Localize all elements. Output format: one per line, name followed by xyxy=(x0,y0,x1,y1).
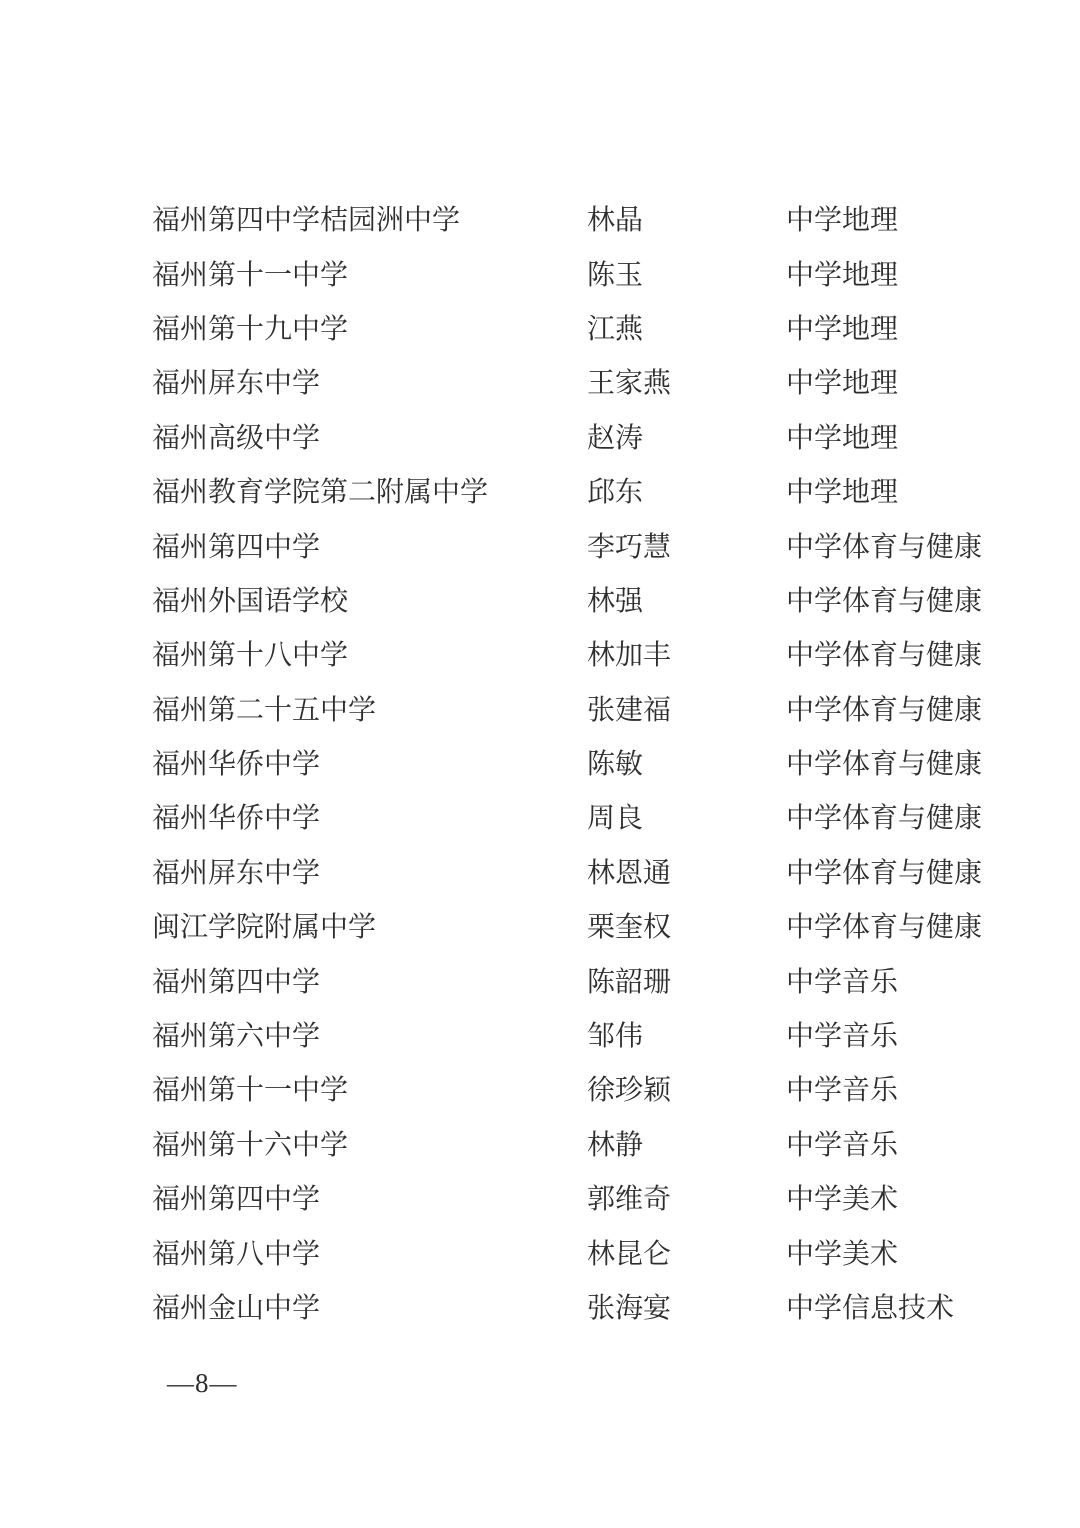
subject-cell: 中学体育与健康 xyxy=(786,851,1040,891)
teacher-name-cell: 林强 xyxy=(587,579,786,619)
teacher-name-cell: 林静 xyxy=(587,1123,786,1163)
table-row: 福州屏东中学 王家燕 中学地理 xyxy=(152,354,1040,408)
teacher-name-cell: 周良 xyxy=(587,796,786,836)
subject-cell: 中学地理 xyxy=(786,198,1040,238)
school-name-cell: 福州第十一中学 xyxy=(152,253,587,293)
subject-cell: 中学体育与健康 xyxy=(786,688,1040,728)
table-row: 福州第四中学 郭维奇 中学美术 xyxy=(152,1170,1040,1224)
school-name-cell: 福州第六中学 xyxy=(152,1014,587,1054)
subject-cell: 中学地理 xyxy=(786,416,1040,456)
table-row: 福州教育学院第二附属中学 邱东 中学地理 xyxy=(152,463,1040,517)
subject-cell: 中学地理 xyxy=(786,307,1040,347)
subject-cell: 中学音乐 xyxy=(786,1123,1040,1163)
school-name-cell: 福州金山中学 xyxy=(152,1286,587,1326)
table-row: 福州华侨中学 陈敏 中学体育与健康 xyxy=(152,735,1040,789)
teacher-name-cell: 王家燕 xyxy=(587,361,786,401)
school-name-cell: 福州第四中学 xyxy=(152,525,587,565)
teacher-name-cell: 林晶 xyxy=(587,198,786,238)
school-name-cell: 福州第十六中学 xyxy=(152,1123,587,1163)
school-name-cell: 福州华侨中学 xyxy=(152,742,587,782)
school-name-cell: 福州第十八中学 xyxy=(152,633,587,673)
teacher-name-cell: 徐珍颖 xyxy=(587,1068,786,1108)
school-name-cell: 福州屏东中学 xyxy=(152,851,587,891)
school-name-cell: 福州外国语学校 xyxy=(152,579,587,619)
table-row: 福州第四中学 李巧慧 中学体育与健康 xyxy=(152,517,1040,571)
page-number: —8— xyxy=(167,1368,238,1399)
table-row: 福州外国语学校 林强 中学体育与健康 xyxy=(152,572,1040,626)
school-name-cell: 福州第十一中学 xyxy=(152,1068,587,1108)
table-row: 福州第十一中学 徐珍颖 中学音乐 xyxy=(152,1061,1040,1115)
subject-cell: 中学美术 xyxy=(786,1177,1040,1217)
school-name-cell: 福州第四中学桔园洲中学 xyxy=(152,198,587,238)
subject-cell: 中学美术 xyxy=(786,1232,1040,1272)
subject-cell: 中学体育与健康 xyxy=(786,633,1040,673)
school-name-cell: 福州华侨中学 xyxy=(152,796,587,836)
school-name-cell: 闽江学院附属中学 xyxy=(152,905,587,945)
subject-cell: 中学地理 xyxy=(786,361,1040,401)
subject-cell: 中学音乐 xyxy=(786,1068,1040,1108)
school-name-cell: 福州高级中学 xyxy=(152,416,587,456)
subject-cell: 中学体育与健康 xyxy=(786,525,1040,565)
teacher-name-cell: 林恩通 xyxy=(587,851,786,891)
subject-cell: 中学音乐 xyxy=(786,960,1040,1000)
school-name-cell: 福州屏东中学 xyxy=(152,361,587,401)
subject-cell: 中学地理 xyxy=(786,253,1040,293)
teacher-name-cell: 陈韶珊 xyxy=(587,960,786,1000)
teacher-name-cell: 林昆仑 xyxy=(587,1232,786,1272)
table-row: 福州第十八中学 林加丰 中学体育与健康 xyxy=(152,626,1040,680)
teacher-name-cell: 邱东 xyxy=(587,470,786,510)
table-row: 福州第二十五中学 张建福 中学体育与健康 xyxy=(152,681,1040,735)
school-name-cell: 福州第十九中学 xyxy=(152,307,587,347)
subject-cell: 中学地理 xyxy=(786,470,1040,510)
table-row: 福州第八中学 林昆仑 中学美术 xyxy=(152,1224,1040,1278)
table-row: 福州第十一中学 陈玉 中学地理 xyxy=(152,245,1040,299)
teacher-name-cell: 栗奎权 xyxy=(587,905,786,945)
teacher-name-cell: 陈玉 xyxy=(587,253,786,293)
document-page: 福州第四中学桔园洲中学 林晶 中学地理 福州第十一中学 陈玉 中学地理 福州第十… xyxy=(0,0,1080,1528)
table-row: 福州第十六中学 林静 中学音乐 xyxy=(152,1116,1040,1170)
teacher-name-cell: 张海宴 xyxy=(587,1286,786,1326)
school-name-cell: 福州教育学院第二附属中学 xyxy=(152,470,587,510)
table-row: 闽江学院附属中学 栗奎权 中学体育与健康 xyxy=(152,898,1040,952)
teacher-name-cell: 李巧慧 xyxy=(587,525,786,565)
table-row: 福州高级中学 赵涛 中学地理 xyxy=(152,409,1040,463)
table-row: 福州第六中学 邹伟 中学音乐 xyxy=(152,1007,1040,1061)
table-row: 福州金山中学 张海宴 中学信息技术 xyxy=(152,1279,1040,1333)
subject-cell: 中学音乐 xyxy=(786,1014,1040,1054)
subject-cell: 中学信息技术 xyxy=(786,1286,1040,1326)
teacher-name-cell: 赵涛 xyxy=(587,416,786,456)
subject-cell: 中学体育与健康 xyxy=(786,579,1040,619)
table-row: 福州屏东中学 林恩通 中学体育与健康 xyxy=(152,844,1040,898)
table-row: 福州华侨中学 周良 中学体育与健康 xyxy=(152,789,1040,843)
teacher-name-cell: 林加丰 xyxy=(587,633,786,673)
subject-cell: 中学体育与健康 xyxy=(786,742,1040,782)
school-name-cell: 福州第四中学 xyxy=(152,1177,587,1217)
teacher-name-cell: 江燕 xyxy=(587,307,786,347)
teacher-list-table: 福州第四中学桔园洲中学 林晶 中学地理 福州第十一中学 陈玉 中学地理 福州第十… xyxy=(152,191,1040,1333)
table-row: 福州第四中学桔园洲中学 林晶 中学地理 xyxy=(152,191,1040,245)
subject-cell: 中学体育与健康 xyxy=(786,905,1040,945)
teacher-name-cell: 郭维奇 xyxy=(587,1177,786,1217)
school-name-cell: 福州第四中学 xyxy=(152,960,587,1000)
school-name-cell: 福州第八中学 xyxy=(152,1232,587,1272)
school-name-cell: 福州第二十五中学 xyxy=(152,688,587,728)
table-row: 福州第四中学 陈韶珊 中学音乐 xyxy=(152,952,1040,1006)
teacher-name-cell: 邹伟 xyxy=(587,1014,786,1054)
teacher-name-cell: 张建福 xyxy=(587,688,786,728)
subject-cell: 中学体育与健康 xyxy=(786,796,1040,836)
table-row: 福州第十九中学 江燕 中学地理 xyxy=(152,300,1040,354)
teacher-name-cell: 陈敏 xyxy=(587,742,786,782)
